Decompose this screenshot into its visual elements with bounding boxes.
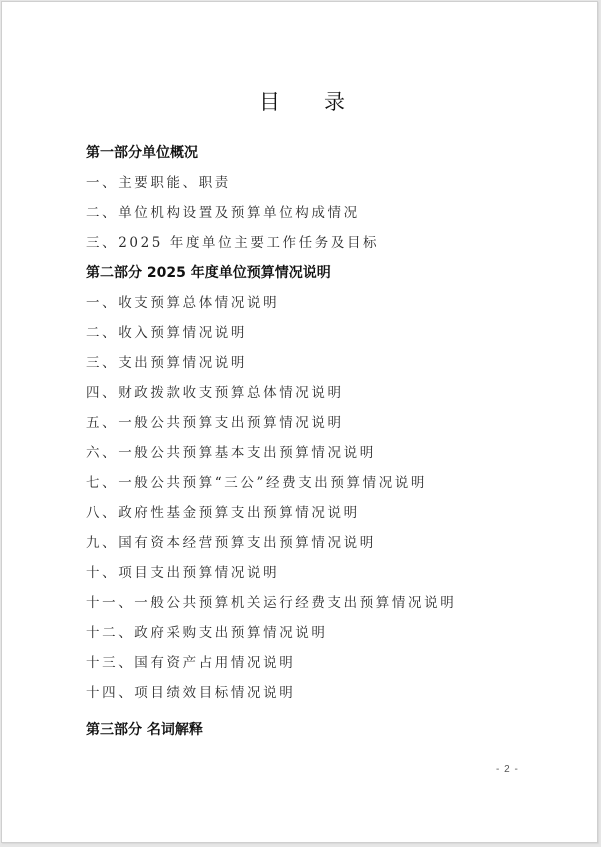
toc-entry: 二、收入预算情况说明 (86, 325, 247, 341)
toc-entry: 三、2025 年度单位主要工作任务及目标 (86, 235, 379, 251)
toc-entry: 九、国有资本经营预算支出预算情况说明 (86, 535, 376, 551)
toc-entry: 六、一般公共预算基本支出预算情况说明 (86, 445, 376, 461)
toc-entry: 十一、一般公共预算机关运行经费支出预算情况说明 (86, 595, 456, 611)
toc-entry: 七、一般公共预算“三公”经费支出预算情况说明 (86, 475, 427, 491)
toc-entry: 五、一般公共预算支出预算情况说明 (86, 415, 344, 431)
toc-entry: 三、支出预算情况说明 (86, 355, 247, 371)
toc-entry: 十三、国有资产占用情况说明 (86, 655, 295, 671)
toc-part-heading: 第三部分 名词解释 (86, 722, 203, 738)
document-page: 目 录 第一部分单位概况一、主要职能、职责二、单位机构设置及预算单位构成情况三、… (1, 1, 598, 843)
toc-entry: 十二、政府采购支出预算情况说明 (86, 625, 328, 641)
toc-entry: 二、单位机构设置及预算单位构成情况 (86, 205, 360, 221)
title-char-2: 录 (324, 86, 345, 116)
page-number: - 2 - (496, 764, 519, 775)
toc-entry: 一、收支预算总体情况说明 (86, 295, 279, 311)
toc-entry: 四、财政拨款收支预算总体情况说明 (86, 385, 344, 401)
title-char-1: 目 (259, 86, 280, 116)
toc-entry: 八、政府性基金预算支出预算情况说明 (86, 505, 360, 521)
toc-entry: 十、项目支出预算情况说明 (86, 565, 279, 581)
toc-part-heading: 第一部分单位概况 (86, 145, 198, 161)
toc-entry: 一、主要职能、职责 (86, 175, 231, 191)
toc-entry: 十四、项目绩效目标情况说明 (86, 685, 295, 701)
toc-part-heading: 第二部分 2025 年度单位预算情况说明 (86, 265, 331, 281)
